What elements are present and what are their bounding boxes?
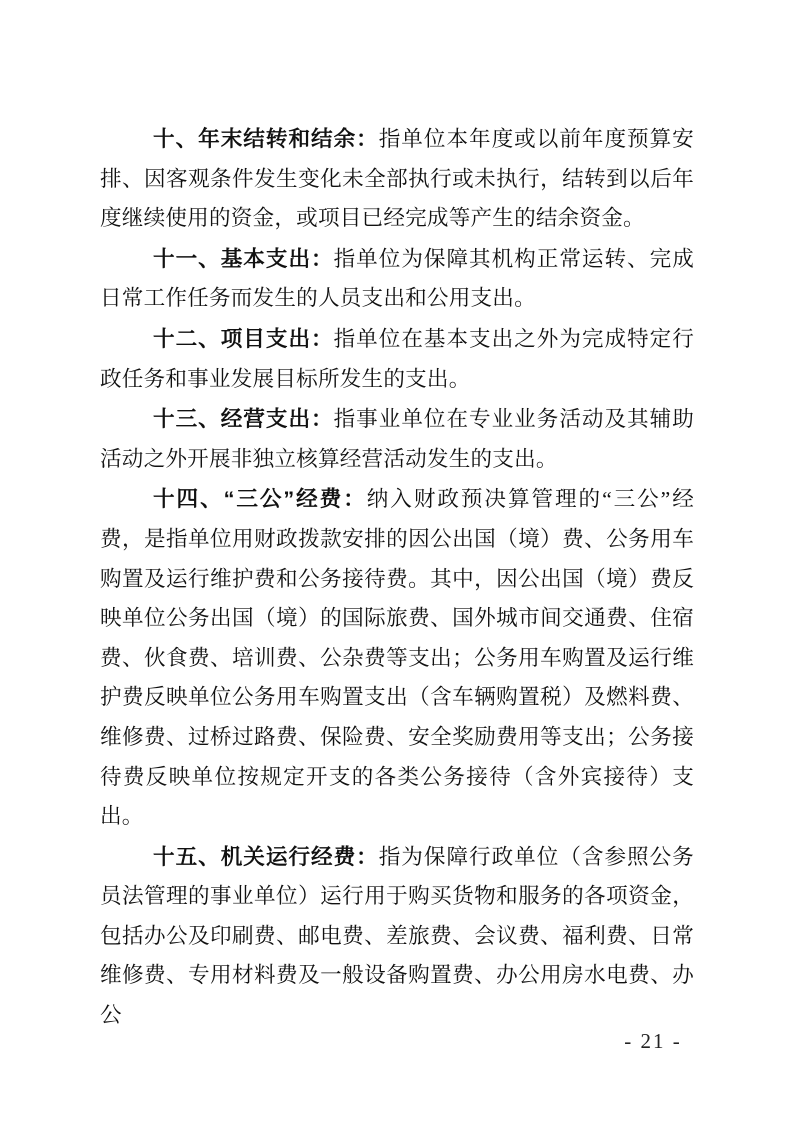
paragraph-term: 十二、项目支出： — [153, 326, 334, 351]
paragraph-year-end-carryover: 十、年末结转和结余：指单位本年度或以前年度预算安排、因客观条件发生变化未全部执行… — [100, 119, 694, 239]
paragraph-agency-operating-funds: 十五、机关运行经费：指为保障行政单位（含参照公务员法管理的事业单位）运行用于购买… — [100, 837, 694, 1036]
paragraph-term: 十一、基本支出： — [153, 246, 334, 271]
paragraph-term: 十、年末结转和结余： — [153, 126, 379, 151]
document-body: 十、年末结转和结余：指单位本年度或以前年度预算安排、因客观条件发生变化未全部执行… — [100, 119, 694, 1036]
paragraph-term: 十五、机关运行经费： — [153, 844, 379, 869]
paragraph-three-public-funds: 十四、“三公”经费：纳入财政预决算管理的“三公”经费，是指单位用财政拨款安排的因… — [100, 479, 694, 836]
paragraph-project-expenditure: 十二、项目支出：指单位在基本支出之外为完成特定行政任务和事业发展目标所发生的支出… — [100, 319, 694, 399]
paragraph-term: 十三、经营支出： — [153, 406, 334, 431]
paragraph-basic-expenditure: 十一、基本支出：指单位为保障其机构正常运转、完成日常工作任务而发生的人员支出和公… — [100, 239, 694, 319]
paragraph-body: 纳入财政预决算管理的“三公”经费，是指单位用财政拨款安排的因公出国（境）费、公务… — [100, 487, 694, 828]
paragraph-operating-expenditure: 十三、经营支出：指事业单位在专业业务活动及其辅助活动之外开展非独立核算经营活动发… — [100, 399, 694, 479]
page-number: - 21 - — [608, 1029, 698, 1054]
document-page: 十、年末结转和结余：指单位本年度或以前年度预算安排、因客观条件发生变化未全部执行… — [0, 0, 793, 1122]
paragraph-term: 十四、“三公”经费： — [153, 486, 367, 511]
paragraph-body: 指为保障行政单位（含参照公务员法管理的事业单位）运行用于购买货物和服务的各项资金… — [100, 845, 694, 1027]
